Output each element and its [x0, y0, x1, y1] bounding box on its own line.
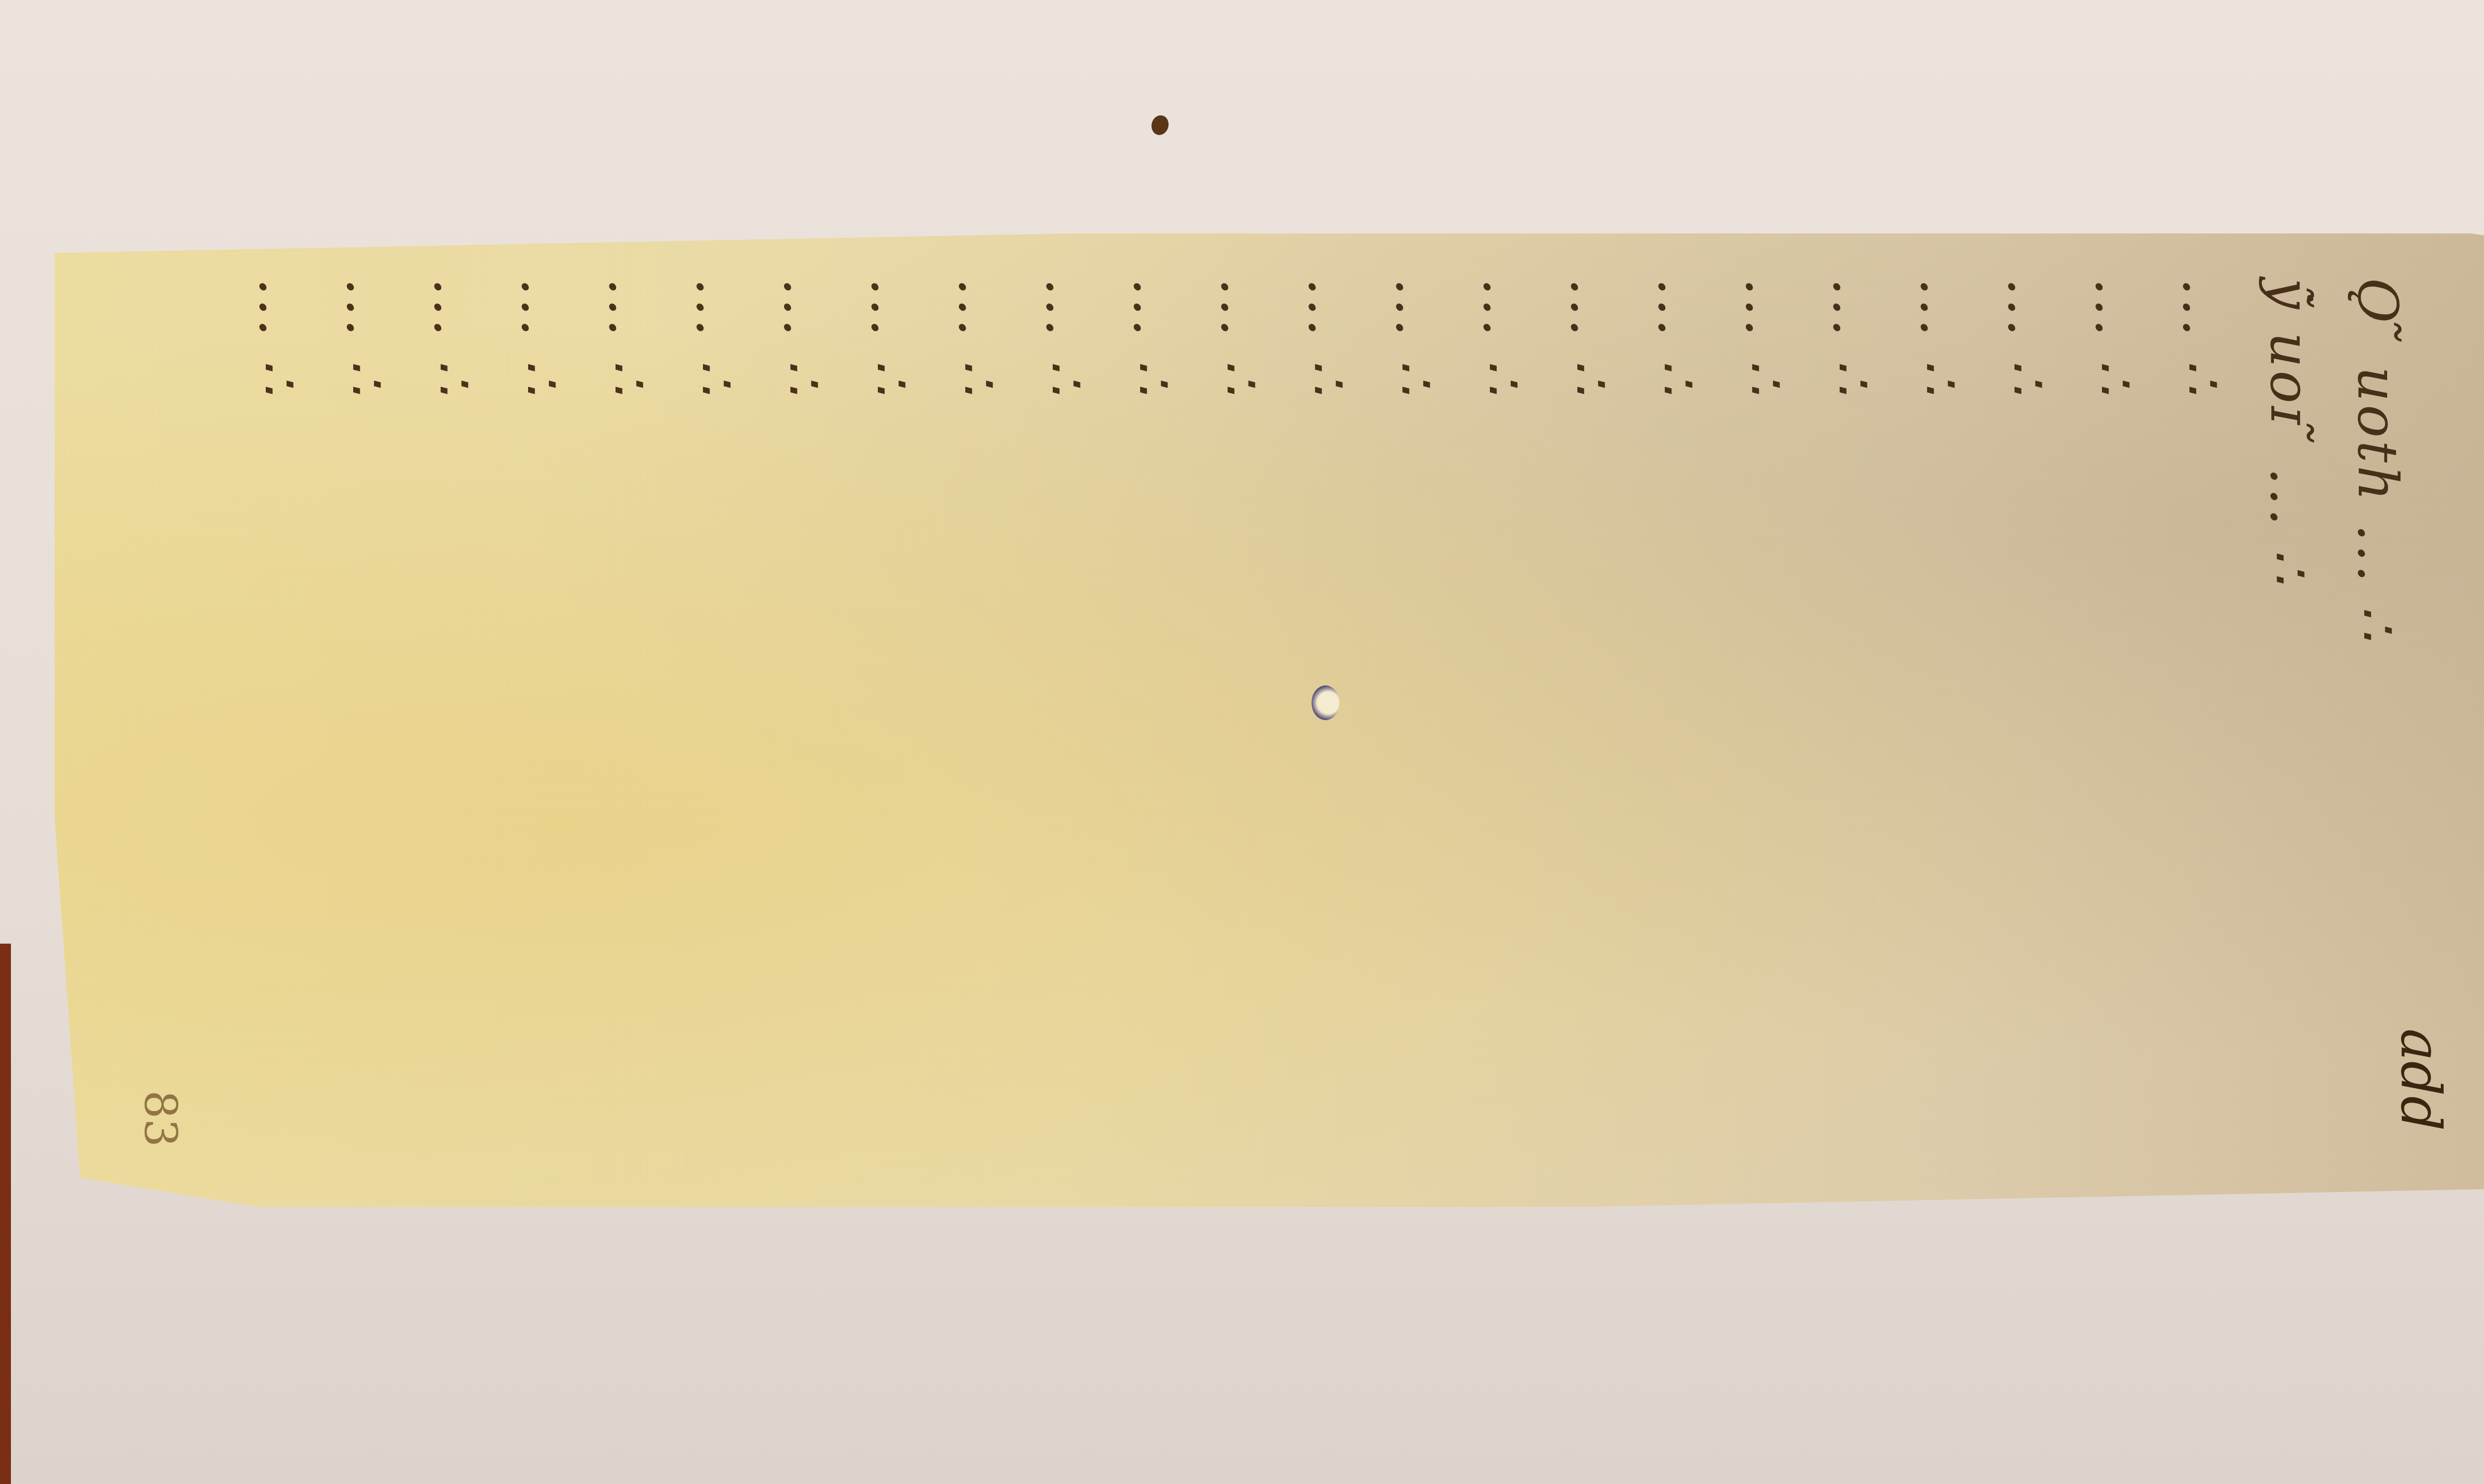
handwritten-line: ... ∴	[772, 278, 836, 397]
handwritten-line: ... ∴	[2171, 278, 2235, 397]
handwritten-line: Ǫ ̃ uoth ... ∴	[2346, 278, 2409, 643]
handwritten-line: ... ∴	[1297, 278, 1360, 397]
handwritten-line: ... ∴	[1122, 278, 1185, 397]
marginal-note: add	[2389, 1029, 2453, 1131]
handwritten-line: ... ∴	[422, 278, 486, 397]
handwritten-line: ... ∴	[2084, 278, 2147, 397]
handwritten-line: ... ∴	[1909, 278, 1972, 397]
handwritten-line: ... ∴	[685, 278, 748, 397]
handwritten-line: ... ∴	[1209, 278, 1273, 397]
handwritten-line: ... ∴	[859, 278, 923, 397]
handwritten-line: ... ∴	[1996, 278, 2060, 397]
handwritten-line: ... ∴	[1821, 278, 1885, 397]
handwritten-line: ... ∴	[947, 278, 1010, 397]
handwritten-line: ẏ̃ uoɪ ̃ ... ∴	[2258, 278, 2322, 587]
handwritten-line: ... ∴	[1646, 278, 1710, 397]
handwritten-line: ... ∴	[1034, 278, 1098, 397]
handwritten-line: ... ∴	[1384, 278, 1448, 397]
handwritten-line: ... ∴	[335, 278, 398, 397]
ink-spot	[1149, 113, 1170, 137]
table-surface-left	[0, 944, 11, 1484]
handwritten-line: ... ∴	[597, 278, 661, 397]
folio-number: 83	[134, 1090, 186, 1147]
handwritten-line: ... ∴	[1472, 278, 1535, 397]
handwritten-line: ... ∴	[247, 278, 311, 397]
handwritten-line: ... ∴	[510, 278, 573, 397]
handwritten-line: ... ∴	[1734, 278, 1797, 397]
handwritten-line: ... ∴	[1559, 278, 1623, 397]
handwritten-text-block: Ǫ ̃ uoth ... ∴ẏ̃ uoɪ ̃ ... ∴... ∴... ∴..…	[149, 278, 2484, 1172]
